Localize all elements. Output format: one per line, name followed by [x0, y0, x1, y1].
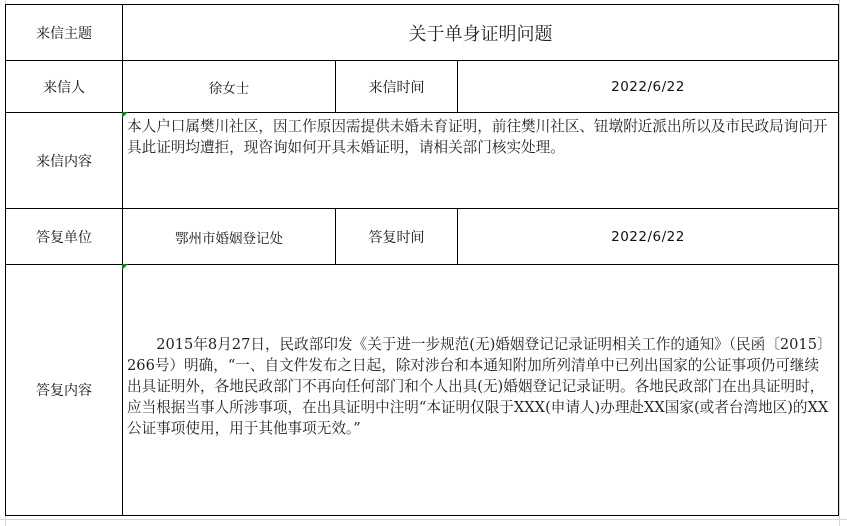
reply-unit-label[interactable]: 答复单位	[5, 208, 123, 265]
letter-content-label[interactable]: 来信内容	[5, 112, 123, 209]
reply-unit-value[interactable]: 鄂州市婚姻登记处	[122, 208, 336, 265]
reply-content-label[interactable]: 答复内容	[5, 264, 123, 516]
gridline	[0, 519, 847, 520]
gridline	[839, 0, 840, 526]
petition-form-table: 来信主题 关于单身证明问题 来信人 徐女士 来信时间 2022/6/22 来信内…	[5, 4, 839, 516]
comment-indicator-icon	[122, 112, 128, 118]
comment-indicator-icon	[122, 264, 128, 270]
letter-content-cell[interactable]: 本人户口属樊川社区，因工作原因需提供未婚未育证明，前往樊川社区、钮墩附近派出所以…	[122, 112, 839, 209]
reply-content-text: 2015年8月27日，民政部印发《关于进一步规范(无)婚姻登记记录证明相关工作的…	[127, 334, 832, 439]
reply-content-cell[interactable]: 2015年8月27日，民政部印发《关于进一步规范(无)婚姻登记记录证明相关工作的…	[122, 264, 839, 516]
sender-label[interactable]: 来信人	[5, 60, 123, 113]
letter-time-label[interactable]: 来信时间	[335, 60, 458, 113]
letter-time-value[interactable]: 2022/6/22	[457, 60, 839, 113]
subject-label[interactable]: 来信主题	[5, 4, 123, 61]
letter-content-text: 本人户口属樊川社区，因工作原因需提供未婚未育证明，前往樊川社区、钮墩附近派出所以…	[127, 116, 832, 158]
subject-value[interactable]: 关于单身证明问题	[122, 4, 839, 61]
sender-value[interactable]: 徐女士	[122, 60, 336, 113]
reply-time-label[interactable]: 答复时间	[335, 208, 458, 265]
reply-time-value[interactable]: 2022/6/22	[457, 208, 839, 265]
